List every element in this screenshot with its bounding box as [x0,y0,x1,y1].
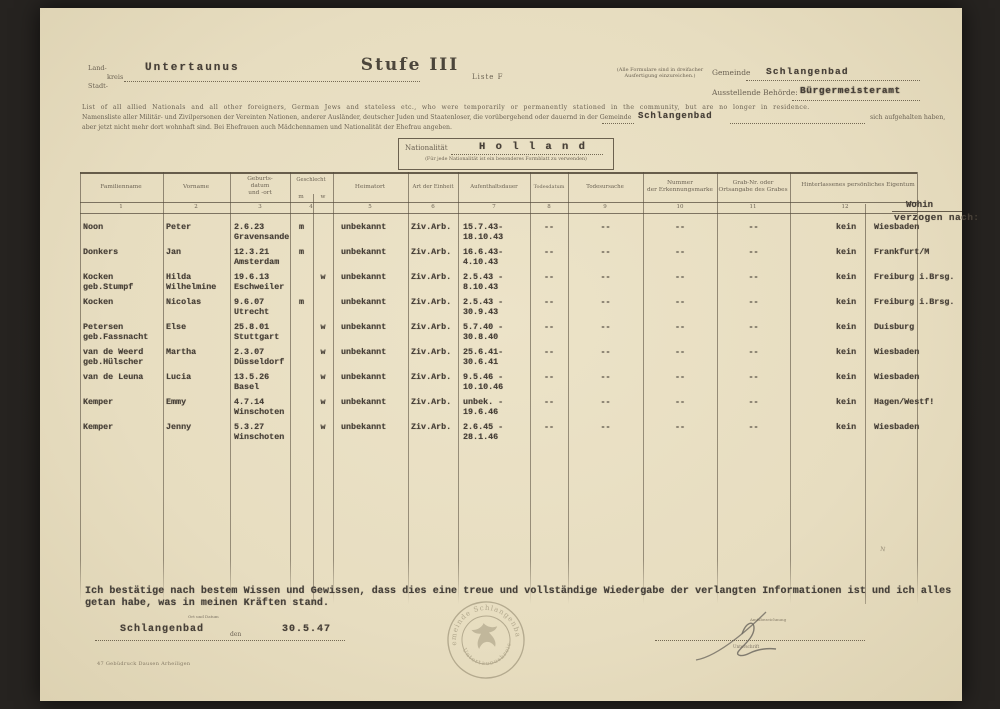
cell-sex-w: w [313,322,333,347]
cell-einheit: Ziv.Arb. [408,272,458,297]
cell-sex-w: w [313,347,333,372]
col-header-erkennungsmarke-l2: der Erkennungsmarke [647,187,713,194]
col-header-geschlecht: Geschlecht [296,177,325,184]
cell-eigentum: kein [790,372,865,397]
cell-sex-w [313,297,333,322]
cell-verzogen-nach: Wiesbaden [865,422,917,447]
col-header-todesdatum: Todesdatum [534,184,565,191]
cell-grab: -- [717,222,790,247]
cell-heimatort: unbekannt [333,347,408,372]
cell-familienname: Kocken [80,297,163,322]
cell-heimatort: unbekannt [333,297,408,322]
column-number: 11 [750,204,757,210]
cell-aufenthaltsdauer: unbek. -19.6.46 [458,397,530,422]
date-value: 30.5.47 [282,624,331,635]
cell-sex-w: w [313,272,333,297]
cell-sex-m: m [290,297,313,322]
table-row: KemperEmmy4.7.14WinschotenwunbekanntZiv.… [80,397,917,422]
col-header-grab-l1: Grab-Nr. oder [718,180,787,187]
cell-eigentum: kein [790,272,865,297]
cell-verzogen-nach: Hagen/Westf! [865,397,917,422]
cell-verzogen-nach: Wiesbaden [865,347,917,372]
cell-eigentum: kein [790,397,865,422]
cell-geburt: 2.3.07Düsseldorf [230,347,290,372]
cell-todesursache: -- [568,272,643,297]
cell-familienname: van de Weerdgeb.Hülscher [80,347,163,372]
cell-todesdatum: -- [530,297,568,322]
column-number: 7 [492,204,496,210]
table-row: NoonPeter2.6.23GravensandemunbekanntZiv.… [80,222,917,247]
cell-sex-w [313,222,333,247]
cell-einheit: Ziv.Arb. [408,222,458,247]
cell-familienname: Donkers [80,247,163,272]
cell-erkennungsmarke: -- [643,347,717,372]
overlay-wohin: Wohin [906,200,933,210]
column-number: 1 [119,204,123,210]
cell-eigentum: kein [790,422,865,447]
cell-einheit: Ziv.Arb. [408,372,458,397]
cell-heimatort: unbekannt [333,222,408,247]
cell-todesdatum: -- [530,397,568,422]
cell-geburt: 25.8.01Stuttgart [230,322,290,347]
col-header-heimatort: Heimatort [355,184,385,191]
table-rows: NoonPeter2.6.23GravensandemunbekanntZiv.… [80,222,917,447]
cell-todesursache: -- [568,397,643,422]
cell-heimatort: unbekannt [333,422,408,447]
column-number: 4 [309,204,313,210]
cell-sex-w: w [313,397,333,422]
cell-sex-w [313,247,333,272]
cell-todesdatum: -- [530,272,568,297]
cell-vorname: Peter [163,222,230,247]
stamp-bottom-text: Untertaunuskreis [461,641,516,671]
place-date-line [95,639,345,641]
cell-heimatort: unbekannt [333,397,408,422]
cell-vorname: Lucia [163,372,230,397]
col-header-sex-w: w [321,194,326,201]
cell-geburt: 19.6.13Eschweiler [230,272,290,297]
cell-erkennungsmarke: -- [643,297,717,322]
col-header-geburtsdatum-l1: Geburts- [247,176,273,183]
cell-todesdatum: -- [530,422,568,447]
cell-todesursache: -- [568,297,643,322]
cell-verzogen-nach: Wiesbaden [865,222,917,247]
cell-eigentum: kein [790,322,865,347]
cell-aufenthaltsdauer: 25.6.41-30.6.41 [458,347,530,372]
cell-todesursache: -- [568,347,643,372]
cell-einheit: Ziv.Arb. [408,397,458,422]
col-header-aufenthaltsdauer: Aufenthaltsdauer [470,184,517,191]
table-header-line [80,202,917,203]
col-header-grab: Grab-Nr. oder Ortsangabe des Grabes [718,180,787,194]
col-header-familienname: Familienname [100,184,141,191]
cell-heimatort: unbekannt [333,272,408,297]
cell-todesdatum: -- [530,222,568,247]
col-header-sex-m: m [298,194,304,201]
cell-vorname: Nicolas [163,297,230,322]
cell-sex-m [290,422,313,447]
cell-verzogen-nach: Duisburg [865,322,917,347]
column-number: 8 [547,204,551,210]
signature-label: Unterschrift [733,644,759,649]
cell-einheit: Ziv.Arb. [408,347,458,372]
printer-imprint: 47 Gebüdruck Dausen Arheiligen [97,661,190,667]
cell-geburt: 5.3.27Winschoten [230,422,290,447]
cell-sex-m: m [290,247,313,272]
cell-grab: -- [717,347,790,372]
cell-vorname: Jan [163,247,230,272]
cell-vorname: HildaWilhelmine [163,272,230,297]
cell-vorname: Else [163,322,230,347]
cell-eigentum: kein [790,297,865,322]
table-row: van de LeunaLucia13.5.26BaselwunbekanntZ… [80,372,917,397]
cell-sex-m [290,397,313,422]
cell-todesdatum: -- [530,322,568,347]
col-header-erkennungsmarke: Nummer der Erkennungsmarke [647,180,713,194]
cell-familienname: Noon [80,222,163,247]
cell-aufenthaltsdauer: 2.5.43 -8.10.43 [458,272,530,297]
cell-sex-m [290,372,313,397]
cell-verzogen-nach: Wiesbaden [865,372,917,397]
col-header-einheit: Art der Einheit [413,184,454,191]
cell-geburt: 9.6.07Utrecht [230,297,290,322]
cell-heimatort: unbekannt [333,372,408,397]
table-number-line [80,213,917,214]
cell-erkennungsmarke: -- [643,247,717,272]
signature [680,600,820,670]
cell-todesdatum: -- [530,247,568,272]
table-row: van de Weerdgeb.HülscherMartha2.3.07Düss… [80,347,917,372]
cell-todesursache: -- [568,222,643,247]
col-header-grab-l2: Ortsangabe des Grabes [718,187,787,194]
cell-aufenthaltsdauer: 16.6.43-4.10.43 [458,247,530,272]
cell-grab: -- [717,422,790,447]
cell-eigentum: kein [790,247,865,272]
column-number: 3 [258,204,262,210]
official-stamp: Gemeinde Schlangenbad Untertaunuskreis [430,584,543,697]
cell-familienname: Kockengeb.Stumpf [80,272,163,297]
cell-todesdatum: -- [530,372,568,397]
cell-erkennungsmarke: -- [643,397,717,422]
col-header-todesursache: Todesursache [586,184,624,191]
cell-einheit: Ziv.Arb. [408,422,458,447]
scan-background: Land- kreis Stadt- Untertaunus Stufe III… [0,0,1000,709]
cell-geburt: 2.6.23Gravensande [230,222,290,247]
cell-vorname: Jenny [163,422,230,447]
cell-eigentum: kein [790,347,865,372]
table-top-line [80,172,917,174]
certification-line2: getan habe, was in meinen Kräften stand. [85,598,329,609]
cell-todesursache: -- [568,247,643,272]
cell-grab: -- [717,272,790,297]
cell-einheit: Ziv.Arb. [408,247,458,272]
cell-grab: -- [717,322,790,347]
cell-geburt: 13.5.26Basel [230,372,290,397]
cell-eigentum: kein [790,222,865,247]
signature-title-label: Amtsbezeichnung [750,617,786,622]
cell-sex-m [290,322,313,347]
date-word: den [230,631,241,638]
cell-sex-m [290,272,313,297]
col-header-vorname: Vorname [183,184,209,191]
cell-grab: -- [717,372,790,397]
cell-grab: -- [717,397,790,422]
cell-aufenthaltsdauer: 9.5.46 -10.10.46 [458,372,530,397]
column-number: 9 [603,204,607,210]
cell-verzogen-nach: Freiburg i.Brsg. [865,297,917,322]
cell-vorname: Emmy [163,397,230,422]
cell-verzogen-nach: Frankfurt/M [865,247,917,272]
col-header-eigentum: Hinterlassenes persönliches Eigentum [801,182,914,189]
stamp-eagle-emblem [471,621,500,649]
cell-geburt: 12.3.21Amsterdam [230,247,290,272]
table-row: DonkersJan12.3.21AmsterdammunbekanntZiv.… [80,247,917,272]
cell-vorname: Martha [163,347,230,372]
column-number: 12 [842,204,849,210]
column-number: 2 [194,204,198,210]
column-number: 10 [677,204,684,210]
signature-line [655,639,865,641]
cell-sex-w: w [313,422,333,447]
cell-sex-m [290,347,313,372]
cell-todesursache: -- [568,422,643,447]
cell-verzogen-nach: Freiburg i.Brsg. [865,272,917,297]
col-header-geburtsdatum-l2: datum [247,183,273,190]
col-header-geburtsdatum: Geburts- datum und -ort [247,176,273,196]
table-row: KockenNicolas9.6.07UtrechtmunbekanntZiv.… [80,297,917,322]
cell-einheit: Ziv.Arb. [408,297,458,322]
cell-heimatort: unbekannt [333,322,408,347]
cell-familienname: Kemper [80,422,163,447]
column-number: 5 [368,204,372,210]
cell-erkennungsmarke: -- [643,272,717,297]
document-page: Land- kreis Stadt- Untertaunus Stufe III… [40,8,962,701]
stray-mark: N [880,546,886,554]
cell-aufenthaltsdauer: 15.7.43-18.10.43 [458,222,530,247]
cell-geburt: 4.7.14Winschoten [230,397,290,422]
cell-sex-m: m [290,222,313,247]
cell-todesdatum: -- [530,347,568,372]
cell-familienname: Kemper [80,397,163,422]
cell-aufenthaltsdauer: 5.7.40 -30.8.40 [458,322,530,347]
cell-heimatort: unbekannt [333,247,408,272]
table-row: Kockengeb.StumpfHildaWilhelmine19.6.13Es… [80,272,917,297]
cell-erkennungsmarke: -- [643,422,717,447]
cell-erkennungsmarke: -- [643,372,717,397]
cell-erkennungsmarke: -- [643,322,717,347]
table-row: Petersengeb.FassnachtElse25.8.01Stuttgar… [80,322,917,347]
cell-grab: -- [717,297,790,322]
cell-aufenthaltsdauer: 2.5.43 -30.9.43 [458,297,530,322]
cell-erkennungsmarke: -- [643,222,717,247]
cell-sex-w: w [313,372,333,397]
cell-grab: -- [717,247,790,272]
cell-todesursache: -- [568,322,643,347]
col-header-erkennungsmarke-l1: Nummer [647,180,713,187]
place-date-label: Ort und Datum [188,614,219,619]
cell-einheit: Ziv.Arb. [408,322,458,347]
column-number: 6 [431,204,435,210]
cell-todesursache: -- [568,372,643,397]
cell-familienname: Petersengeb.Fassnacht [80,322,163,347]
cell-aufenthaltsdauer: 2.6.45 -28.1.46 [458,422,530,447]
cell-familienname: van de Leuna [80,372,163,397]
place-value: Schlangenbad [120,624,204,635]
table-grid-line [917,172,918,604]
col-header-geburtsdatum-l3: und -ort [247,190,273,197]
table-row: KemperJenny5.3.27WinschotenwunbekanntZiv… [80,422,917,447]
